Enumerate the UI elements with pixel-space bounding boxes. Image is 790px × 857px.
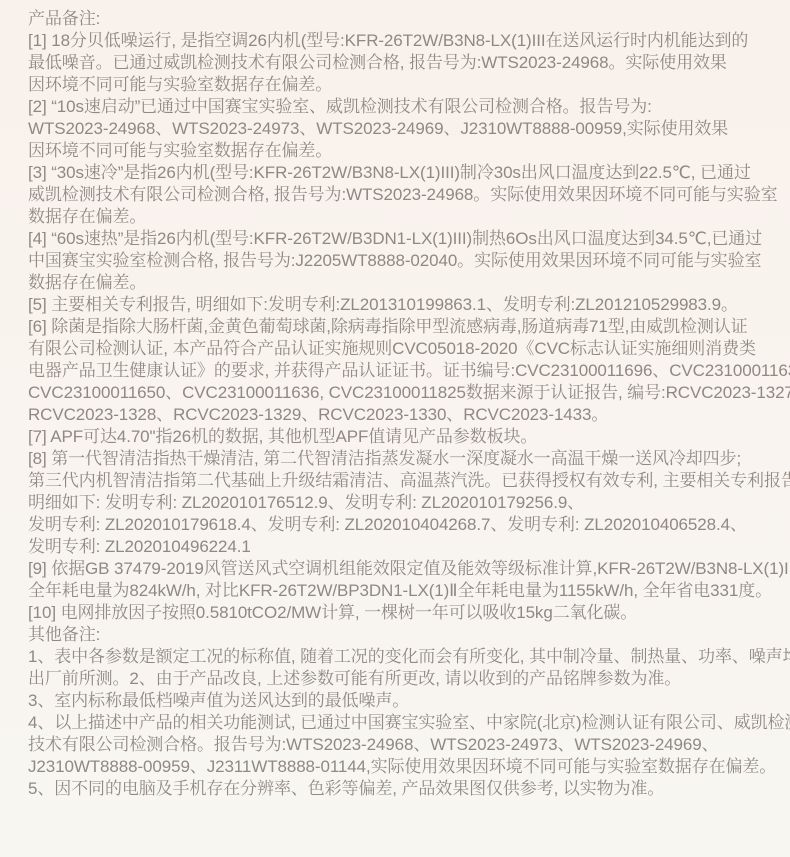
note-7-line-1: [7] APF可达4.70"指26机的数据, 其他机型APF值请见产品参数板块。 xyxy=(28,426,772,448)
other-notes-title: 其他备注: xyxy=(28,624,772,646)
note-4-line-3: 数据存在偏差。 xyxy=(28,272,772,294)
note-1-line-2: 最低噪音。已通过威凯检测技术有限公司检测合格, 报告号为:WTS2023-249… xyxy=(28,52,772,74)
note-3-line-1: [3] “30s速冷”是指26内机(型号:KFR-26T2W/B3N8-LX(1… xyxy=(28,162,772,184)
other-note-line-7: 5、因不同的电脑及手机存在分辨率、色彩等偏差, 产品效果图仅供参考, 以实物为准… xyxy=(28,778,772,800)
note-8-line-5: 发明专利: ZL202010496224.1 xyxy=(28,536,772,558)
other-note-line-2: 出厂前所测。2、由于产品改良, 上述参数可能有所更改, 请以收到的产品铭牌参数为… xyxy=(28,668,772,690)
note-2-line-2: WTS2023-24968、WTS2023-24973、WTS2023-2496… xyxy=(28,118,772,140)
note-1-line-1: [1] 18分贝低噪运行, 是指空调26内机(型号:KFR-26T2W/B3N8… xyxy=(28,30,772,52)
note-5-line-1: [5] 主要相关专利报告, 明细如下:发明专利:ZL201310199863.1… xyxy=(28,294,772,316)
note-6-line-1: [6] 除菌是指除大肠杆菌,金黄色葡萄球菌,除病毒指除甲型流感病毒,肠道病毒71… xyxy=(28,316,772,338)
note-3-line-3: 数据存在偏差。 xyxy=(28,206,772,228)
note-6-line-5: RCVC2023-1328、RCVC2023-1329、RCVC2023-133… xyxy=(28,404,772,426)
product-remarks-section: 产品备注: [1] 18分贝低噪运行, 是指空调26内机(型号:KFR-26T2… xyxy=(0,0,790,800)
note-9-line-1: [9] 依据GB 37479-2019风管送风式空调机组能效限定值及能效等级标准… xyxy=(28,558,772,580)
note-8-line-3: 明细如下: 发明专利: ZL202010176512.9、发明专利: ZL202… xyxy=(28,492,772,514)
note-4-line-2: 中国赛宝实验室检测合格, 报告号为:J2205WT8888-02040。实际使用… xyxy=(28,250,772,272)
note-8-line-4: 发明专利: ZL202010179618.4、发明专利: ZL202010404… xyxy=(28,514,772,536)
note-2-line-3: 因环境不同可能与实验室数据存在偏差。 xyxy=(28,140,772,162)
note-3-line-2: 威凯检测技术有限公司检测合格, 报告号为:WTS2023-24968。实际使用效… xyxy=(28,184,772,206)
other-note-line-6: J2310WT8888-00959、J2311WT8888-01144,实际使用… xyxy=(28,756,772,778)
other-note-line-1: 1、表中各参数是额定工况的标称值, 随着工况的变化而会有所变化, 其中制冷量、制… xyxy=(28,646,772,668)
note-2-line-1: [2] “10s速启动”已通过中国赛宝实验室、威凯检测技术有限公司检测合格。报告… xyxy=(28,96,772,118)
note-10-line-1: [10] 电网排放因子按照0.5810tCO2/MW计算, 一棵树一年可以吸收1… xyxy=(28,602,772,624)
note-6-line-2: 有限公司检测认证, 本产品符合产品认证实施规则CVC05018-2020《CVC… xyxy=(28,338,772,360)
note-6-line-4: CVC23100011650、CVC23100011636, CVC231000… xyxy=(28,382,772,404)
note-9-line-2: 全年耗电量为824kW/h, 对比KFR-26T2W/BP3DN1-LX(1)Ⅱ… xyxy=(28,580,772,602)
note-1-line-3: 因环境不同可能与实验室数据存在偏差。 xyxy=(28,74,772,96)
note-8-line-2: 第三代内机智清洁指第二代基础上升级结霜清洁、高温蒸汽洗。已获得授权有效专利, 主… xyxy=(28,470,772,492)
note-4-line-1: [4] “60s速热”是指26内机(型号:KFR-26T2W/B3DN1-LX(… xyxy=(28,228,772,250)
product-notes-title: 产品备注: xyxy=(28,8,772,30)
note-8-line-1: [8] 第一代智清洁指热干燥清洁, 第二代智清洁指蒸发凝水一深度凝水一高温干燥一… xyxy=(28,448,772,470)
note-6-line-3: 电器产品卫生健康认证》的要求, 并获得产品认证证书。证书编号:CVC231000… xyxy=(28,360,772,382)
other-note-line-4: 4、以上描述中产品的相关功能测试, 已通过中国赛宝实验室、中家院(北京)检测认证… xyxy=(28,712,772,734)
other-note-line-3: 3、室内标称最低档噪声值为送风达到的最低噪声。 xyxy=(28,690,772,712)
other-note-line-5: 技术有限公司检测合格。报告号为:WTS2023-24968、WTS2023-24… xyxy=(28,734,772,756)
